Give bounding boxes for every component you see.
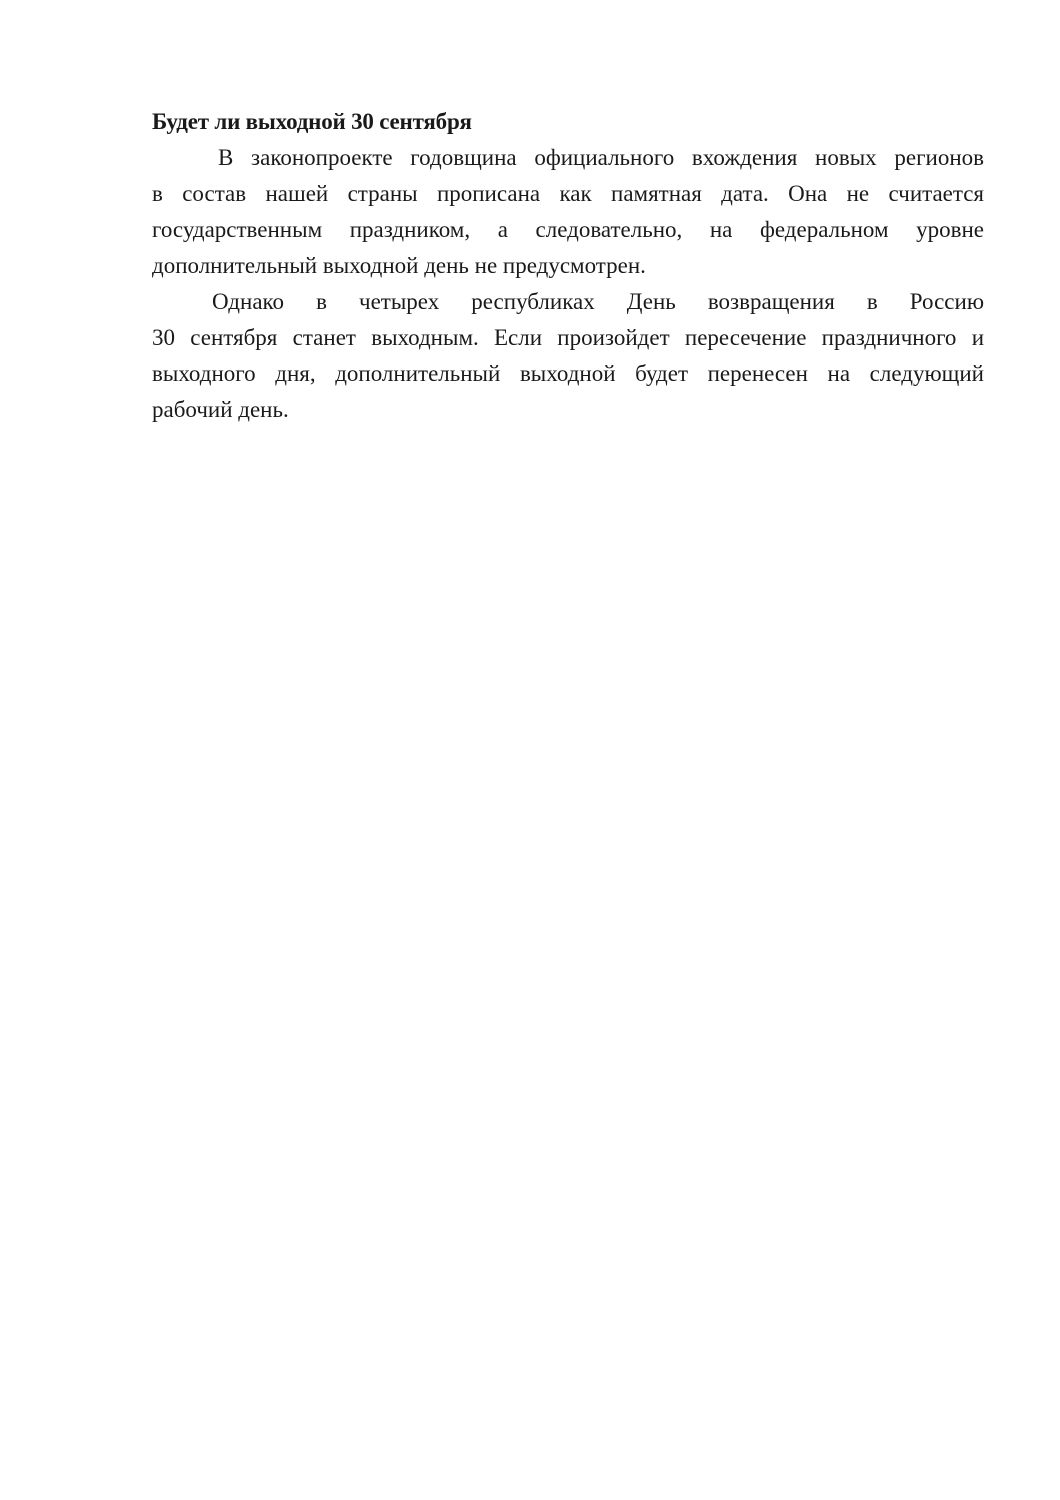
text-line: государственным праздником, а следовател…: [152, 212, 984, 248]
document-page: Будет ли выходной 30 сентября В законопр…: [152, 104, 984, 428]
text-line: рабочий день.: [152, 392, 984, 428]
text-line: Однако в четырех республиках День возвра…: [152, 284, 984, 320]
text-line: дополнительный выходной день не предусмо…: [152, 248, 984, 284]
paragraph-1: В законопроекте годовщина официального в…: [152, 140, 984, 284]
text-line: В законопроекте годовщина официального в…: [152, 140, 984, 176]
text-line: в состав нашей страны прописана как памя…: [152, 176, 984, 212]
text-line: 30 сентября станет выходным. Если произо…: [152, 320, 984, 356]
paragraph-2: Однако в четырех республиках День возвра…: [152, 284, 984, 428]
document-heading: Будет ли выходной 30 сентября: [152, 104, 984, 140]
text-line: выходного дня, дополнительный выходной б…: [152, 356, 984, 392]
